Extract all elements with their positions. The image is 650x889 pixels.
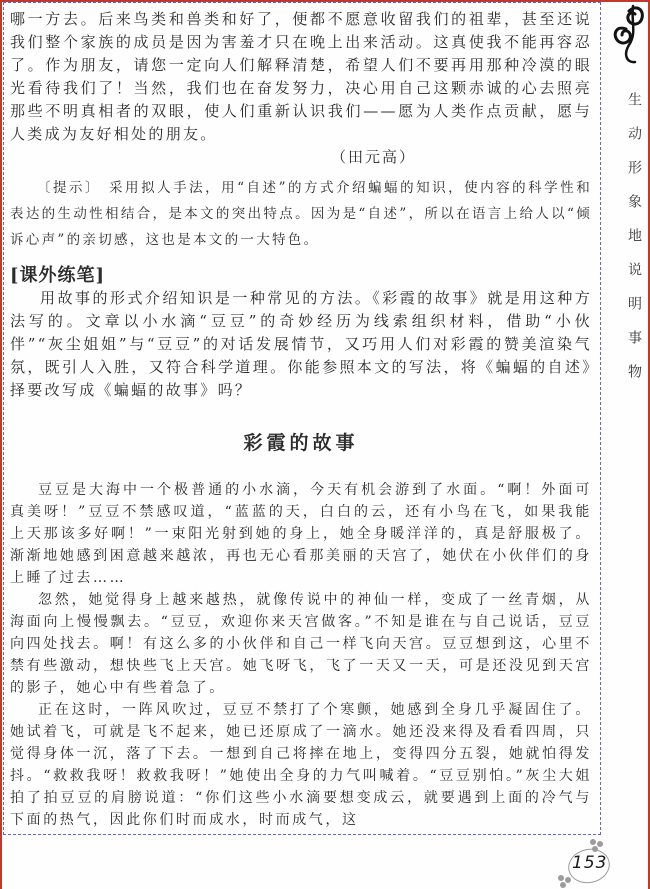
- story-title: 彩霞的故事: [10, 428, 592, 455]
- story-paragraph: 忽然，她觉得身上越来越热，就像传说中的神仙一样，变成了一丝青烟，从海面向上慢慢飘…: [10, 589, 592, 699]
- story-paragraph: 正在这时，一阵风吹过，豆豆不禁打了个寒颤，她感到全身几乎凝固住了。她试着飞，可就…: [10, 699, 592, 831]
- clover-icon: [558, 875, 564, 881]
- page-margin-column: 生动形象地说明事物: [602, 0, 650, 860]
- content-box: 哪一方去。后来鸟类和兽类和好了，便都不愿意收留我们的祖辈，甚至还说我们整个家族的…: [3, 2, 601, 835]
- floral-swirl-ornament-icon: [610, 3, 646, 67]
- page-number-badge: 153: [558, 841, 616, 887]
- exercise-heading: [课外练笔]: [10, 261, 592, 287]
- page-number: 153: [572, 853, 607, 873]
- hint-paragraph: 〔提示〕采用拟人手法，用“自述”的方式介绍蝙蝠的知识，使内容的科学性和表达的生动…: [10, 175, 592, 253]
- exercise-paragraph: 用故事的形式介绍知识是一种常见的方法。《彩霞的故事》就是用这种方法写的。文章以小…: [10, 287, 592, 402]
- story-paragraph: 豆豆是大海中一个极普通的小水滴，今天有机会游到了水面。“啊！外面可真美呀！”豆豆…: [10, 479, 592, 589]
- hint-label: 〔提示〕: [37, 180, 101, 196]
- book-page: 哪一方去。后来鸟类和兽类和好了，便都不愿意收留我们的祖辈，甚至还说我们整个家族的…: [0, 0, 650, 889]
- chapter-vertical-title: 生动形象地说明事物: [624, 92, 644, 398]
- clover-icon: [590, 839, 596, 845]
- continuation-paragraph: 哪一方去。后来鸟类和兽类和好了，便都不愿意收留我们的祖辈，甚至还说我们整个家族的…: [10, 8, 592, 146]
- author-attribution: （田元高）: [10, 146, 592, 169]
